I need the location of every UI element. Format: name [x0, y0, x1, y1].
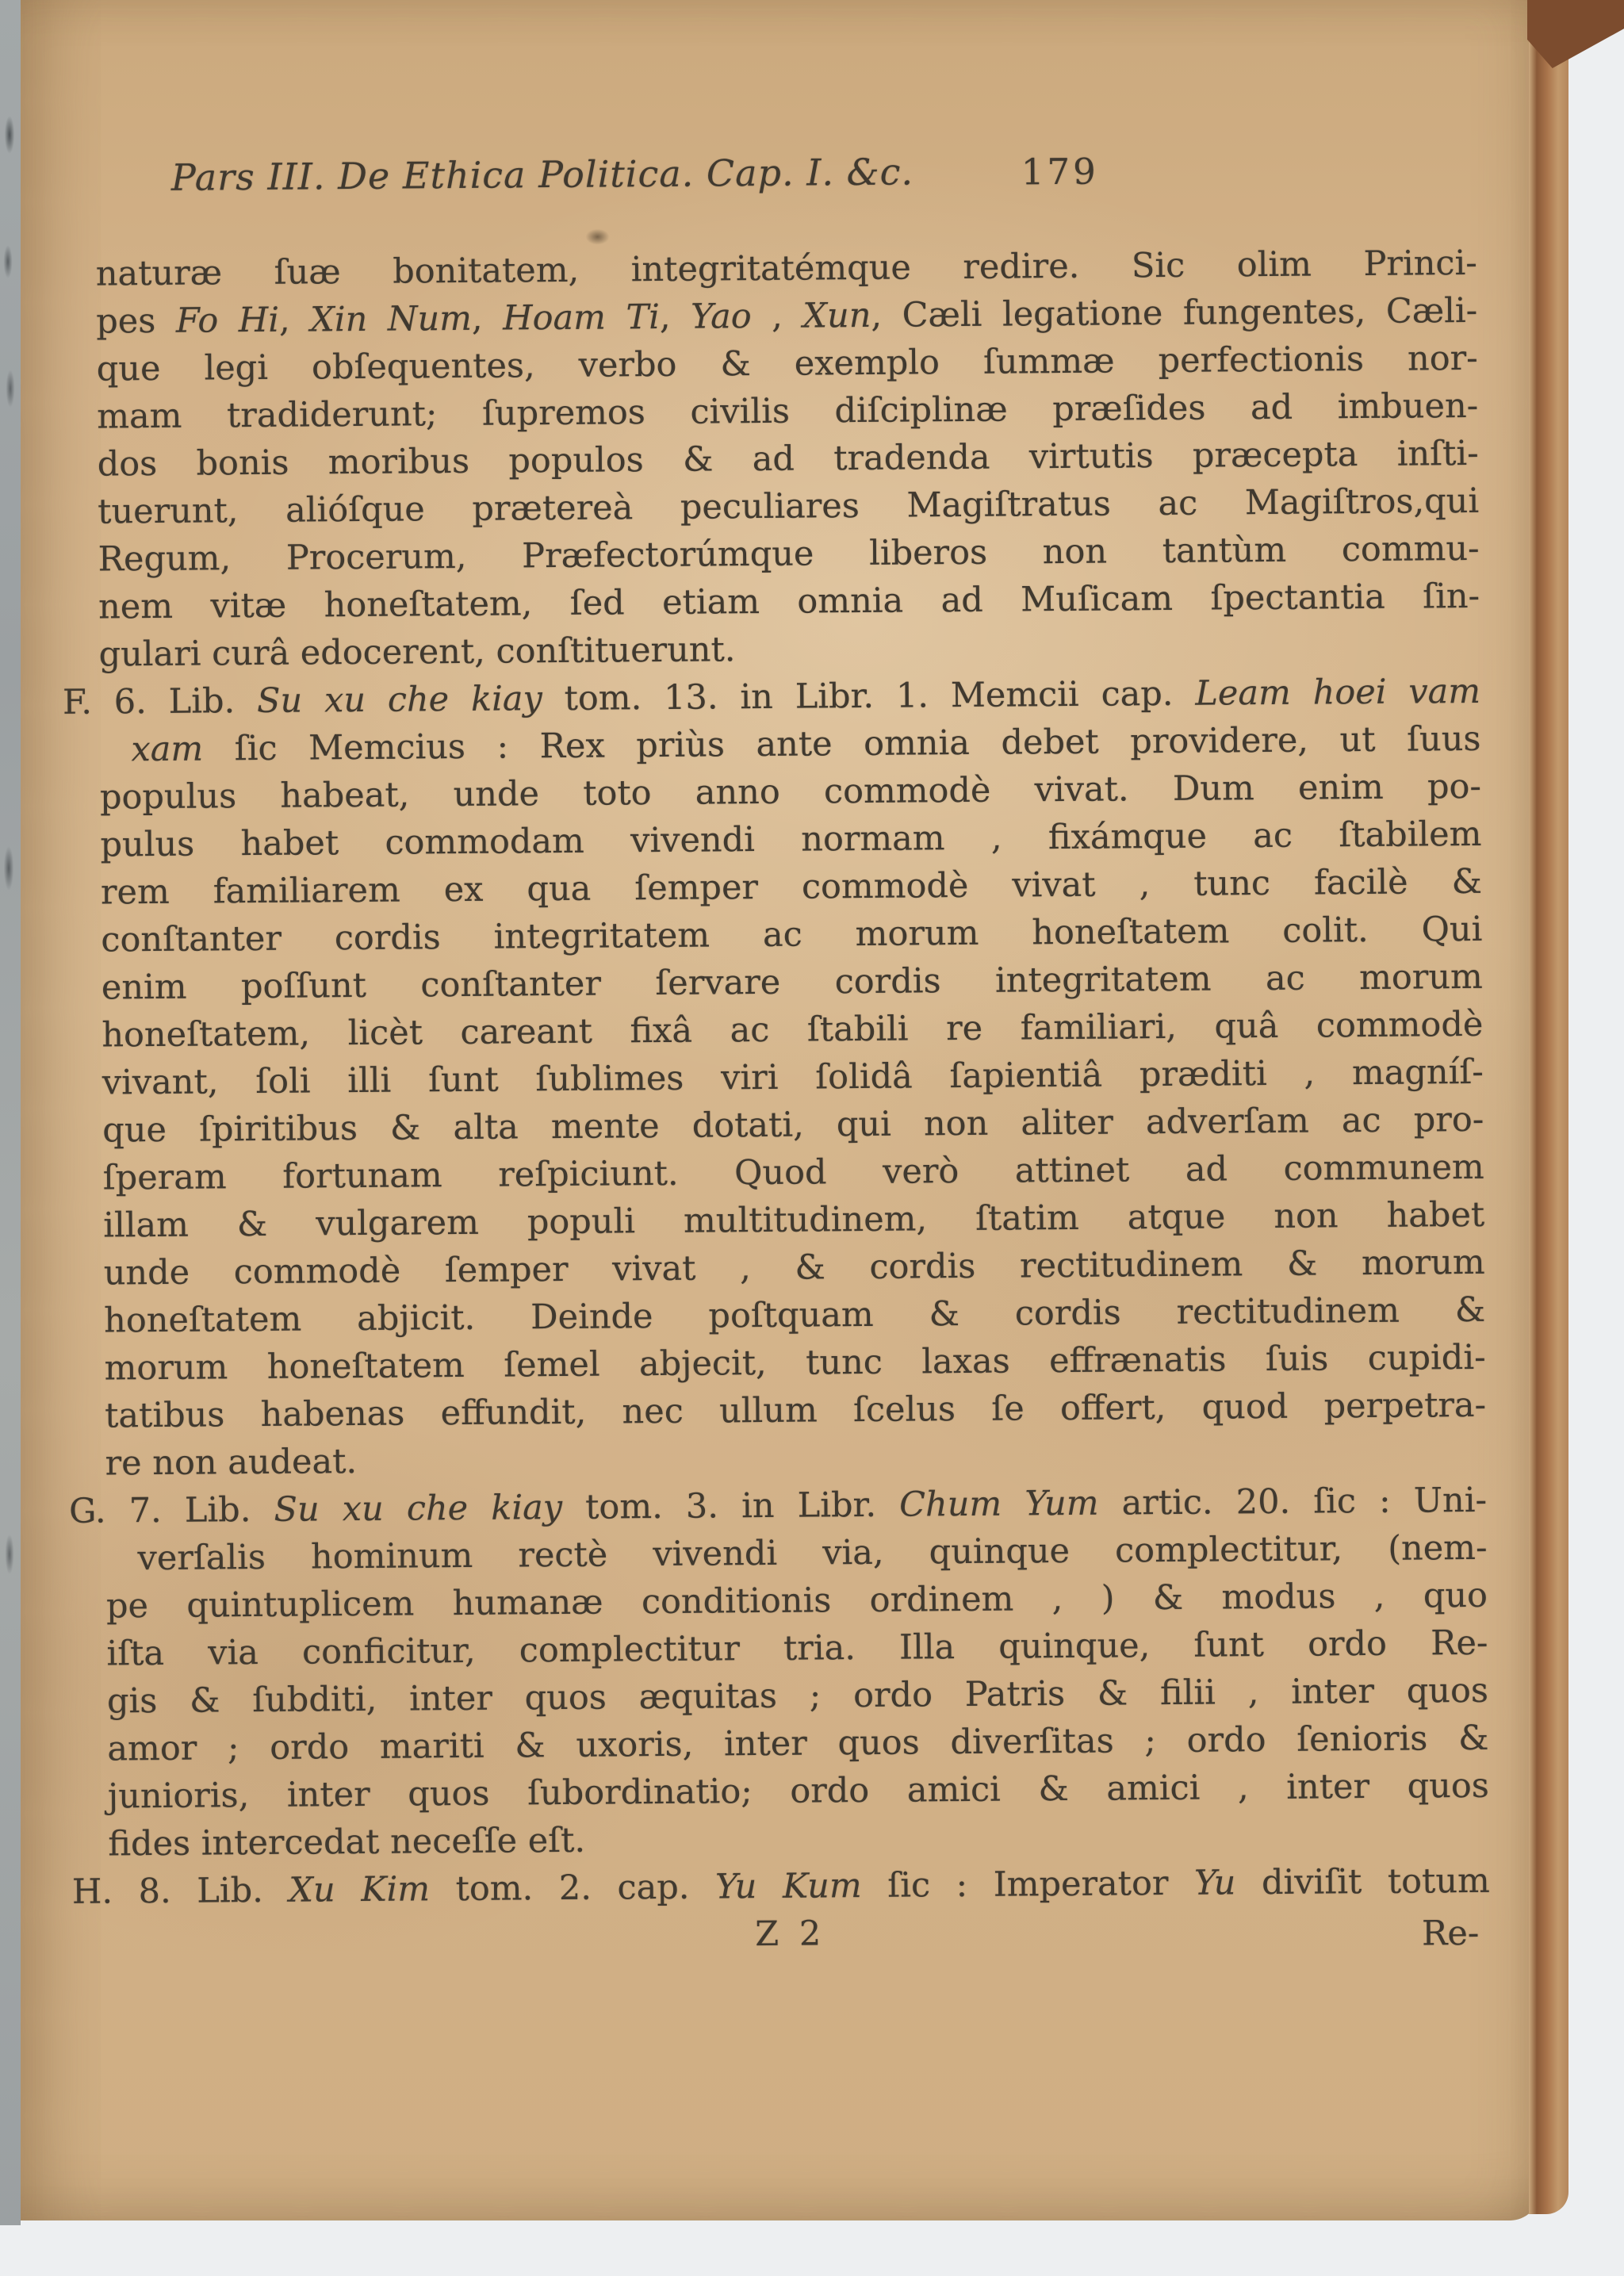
text-segment: G. 7. Lib. — [69, 1490, 274, 1531]
text-segment: honeſtatem, licèt careant fixâ ac ſtabil… — [101, 1005, 1483, 1056]
text-segment: amor ; ordo mariti & uxoris, inter quos … — [107, 1718, 1488, 1769]
direction-line: Z 2 Re- — [109, 1905, 1490, 1964]
text-segment: honeſtatem abjicit. Deinde poſtquam & co… — [104, 1290, 1485, 1341]
ink-smudge — [585, 228, 609, 244]
text-segment: naturæ ſuæ bonitatem, integritatémque re… — [96, 243, 1477, 294]
italic-text-segment: Yu — [1194, 1863, 1236, 1902]
text-segment: nem vitæ honeſtatem, ſed etiam omnia ad … — [98, 577, 1480, 627]
text-segment: junioris, inter quos ſubordinatio; ordo … — [108, 1766, 1489, 1817]
text-segment: re non audeat. — [105, 1442, 357, 1483]
text-block: naturæ ſuæ bonitatem, integritatémque re… — [96, 239, 1491, 1964]
italic-text-segment: Su xu che kiay — [274, 1488, 562, 1530]
text-segment: pes — [96, 301, 176, 342]
scanned-book-page: Pars III. De Ethica Politica. Cap. I. &c… — [0, 0, 1624, 2276]
text-segment: dos bonis moribus populos & ad tradenda … — [98, 434, 1479, 485]
text-segment: tom. 13. in Libr. 1. Memcii cap. — [542, 674, 1196, 718]
text-segment: H. 8. Lib. — [72, 1871, 289, 1912]
text-segment: vivant, ſoli illi ſunt ſublimes viri ſol… — [102, 1052, 1484, 1103]
text-segment: diviſit totum — [1235, 1861, 1490, 1903]
text-segment: fides intercedat neceſſe eſt. — [108, 1821, 585, 1864]
text-segment: pulus habet commodam vivendi normam , fi… — [100, 814, 1481, 865]
text-segment: morum honeſtatem ſemel abjecit, tunc lax… — [104, 1338, 1485, 1389]
italic-text-segment: Chum Yum — [899, 1484, 1099, 1525]
italic-text-segment: Yu Kum — [715, 1866, 862, 1906]
text-segment: pe quintuplicem humanæ conditionis ordin… — [106, 1576, 1488, 1627]
text-segment: , — [660, 297, 691, 337]
paragraph: F. 6. Lib. Su xu che kiay tom. 13. in Li… — [99, 668, 1487, 1488]
text-segment: ſic Memcius : Rex priùs ante omnia debet… — [203, 719, 1481, 769]
text-segment: tatibus habenas effundit, nec ullum ſcel… — [105, 1385, 1486, 1436]
italic-text-segment: Yao — [691, 297, 752, 337]
text-segment: , Cæli legatione fungentes, Cæli- — [871, 291, 1477, 335]
text-segment: tuerunt, alióſque prætereà peculiares Ma… — [98, 481, 1479, 532]
text-segment: Regum, Procerum, Præfectorúmque liberos … — [98, 529, 1479, 580]
signature-mark: Z 2 — [755, 1910, 825, 1958]
text-segment: iſta via conficitur, complectitur tria. … — [106, 1623, 1488, 1674]
italic-text-segment: xam — [131, 730, 203, 770]
text-segment: populus habeat, unde toto anno commodè v… — [100, 767, 1481, 818]
paragraph: G. 7. Lib. Su xu che kiay tom. 3. in Lib… — [105, 1477, 1490, 1868]
italic-text-segment: Xu Kim — [289, 1869, 430, 1910]
text-segment: ſic : Imperator — [861, 1864, 1194, 1906]
text-segment: que legi obſequentes, verbo & exemplo ſu… — [97, 339, 1478, 389]
text-segment: rem familiarem ex qua ſemper commodè viv… — [101, 862, 1482, 913]
italic-text-segment: Xun — [802, 296, 871, 336]
text-segment: tom. 3. in Libr. — [562, 1485, 900, 1527]
text-segment: , — [472, 299, 504, 339]
binding-gutter-edge — [0, 0, 21, 2225]
text-segment: verſalis hominum rectè vivendi via, quin… — [137, 1528, 1487, 1578]
catchword: Re- — [1422, 1910, 1480, 1958]
text-segment: gis & ſubditi, inter quos æquitas ; ordo… — [107, 1671, 1488, 1722]
italic-text-segment: Su xu che kiay — [257, 679, 542, 721]
page-number: 179 — [1021, 149, 1099, 196]
running-head: Pars III. De Ethica Politica. Cap. I. &c… — [171, 148, 914, 200]
printed-content: Pars III. De Ethica Politica. Cap. I. &c… — [19, 0, 1556, 2220]
paragraph: naturæ ſuæ bonitatem, integritatémque re… — [96, 239, 1480, 679]
italic-text-segment: Leam hoei vam — [1195, 672, 1480, 714]
text-segment: F. 6. Lib. — [63, 681, 257, 722]
text-segment: artic. 20. ſic : Uni- — [1098, 1481, 1487, 1523]
italic-text-segment: Fo Hi — [176, 301, 280, 341]
text-segment: ſperam fortunam reſpiciunt. Quod verò at… — [103, 1148, 1484, 1198]
italic-text-segment: Xin Num — [310, 299, 472, 340]
text-segment: gulari curâ edocerent, conſtituerunt. — [98, 630, 735, 674]
text-segment: enim poſſunt conſtanter ſervare cordis i… — [101, 957, 1483, 1008]
text-segment: conſtanter cordis integritatem ac morum … — [101, 910, 1482, 960]
text-segment: , — [751, 297, 802, 337]
italic-text-segment: Hoam Ti — [503, 297, 660, 339]
text-segment: unde commodè ſemper vivat , & cordis rec… — [104, 1243, 1485, 1293]
text-segment: , — [279, 300, 311, 339]
text-segment: illam & vulgarem populi multitudinem, ſt… — [103, 1195, 1484, 1246]
text-segment: tom. 2. cap. — [430, 1868, 715, 1910]
text-segment: que ſpiritibus & alta mente dotati, qui … — [102, 1100, 1484, 1151]
text-segment: mam tradiderunt; ſupremos civilis diſcip… — [97, 386, 1478, 437]
